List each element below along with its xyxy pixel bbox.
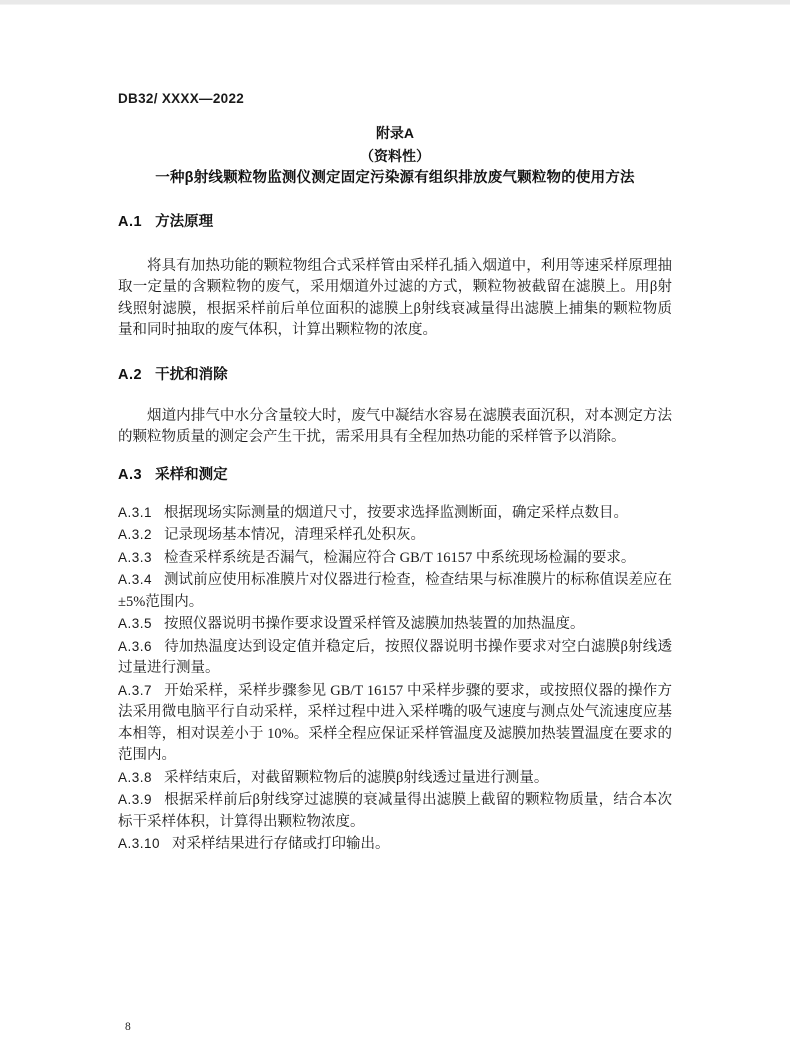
clause-text: 测试前应使用标准膜片对仪器进行检查，检查结果与标准膜片的标称值误差应在±5%范围…	[118, 572, 672, 610]
clause-a3-5: A.3.5按照仪器说明书操作要求设置采样管及滤膜加热装置的加热温度。	[118, 613, 672, 636]
standard-code-header: DB32/ XXXX—2022	[118, 92, 672, 106]
clause-text: 开始采样，采样步骤参见 GB/T 16157 中采样步骤的要求，或按照仪器的操作…	[118, 683, 672, 764]
clause-a3-8: A.3.8采样结束后，对截留颗粒物后的滤膜β射线透过量进行测量。	[118, 767, 672, 790]
section-a2-paragraph: 烟道内排气中水分含量较大时，废气中凝结水容易在滤膜表面沉积，对本测定方法的颗粒物…	[118, 406, 672, 449]
clause-a3-4: A.3.4测试前应使用标准膜片对仪器进行检查，检查结果与标准膜片的标称值误差应在…	[118, 569, 672, 613]
clause-id: A.3.2	[118, 527, 152, 542]
page-number: 8	[125, 1021, 131, 1033]
clause-text: 采样结束后，对截留颗粒物后的滤膜β射线透过量进行测量。	[164, 770, 548, 786]
clause-list: A.3.1根据现场实际测量的烟道尺寸，按要求选择监测断面，确定采样点数目。 A.…	[118, 502, 672, 856]
section-heading-a2: A.2干扰和消除	[118, 366, 672, 384]
clause-a3-2: A.3.2记录现场基本情况，清理采样孔处积灰。	[118, 524, 672, 547]
appendix-title: 一种β射线颗粒物监测仪测定固定污染源有组织排放废气颗粒物的使用方法	[118, 167, 672, 190]
clause-a3-3: A.3.3检查采样系统是否漏气，检漏应符合 GB/T 16157 中系统现场检漏…	[118, 547, 672, 570]
clause-id: A.3.3	[118, 550, 152, 565]
section-id: A.1	[118, 214, 142, 230]
clause-text: 检查采样系统是否漏气，检漏应符合 GB/T 16157 中系统现场检漏的要求。	[164, 550, 635, 566]
clause-a3-10: A.3.10对采样结果进行存储或打印输出。	[118, 833, 672, 856]
section-title: 干扰和消除	[155, 367, 228, 383]
clause-a3-7: A.3.7开始采样，采样步骤参见 GB/T 16157 中采样步骤的要求，或按照…	[118, 680, 672, 767]
appendix-label: 附录A	[118, 122, 672, 145]
clause-id: A.3.1	[118, 505, 152, 520]
appendix-heading-block: 附录A （资料性） 一种β射线颗粒物监测仪测定固定污染源有组织排放废气颗粒物的使…	[118, 122, 672, 190]
clause-id: A.3.5	[118, 616, 152, 631]
clause-id: A.3.9	[118, 792, 152, 807]
section-title: 方法原理	[155, 214, 213, 230]
clause-id: A.3.7	[118, 683, 152, 698]
clause-id: A.3.6	[118, 639, 152, 654]
section-title: 采样和测定	[155, 467, 228, 483]
section-a1-paragraph: 将具有加热功能的颗粒物组合式采样管由采样孔插入烟道中，利用等速采样原理抽取一定量…	[118, 256, 672, 342]
clause-text: 按照仪器说明书操作要求设置采样管及滤膜加热装置的加热温度。	[164, 616, 585, 632]
section-id: A.3	[118, 467, 142, 483]
section-heading-a1: A.1方法原理	[118, 213, 672, 231]
clause-text: 根据现场实际测量的烟道尺寸，按要求选择监测断面，确定采样点数目。	[164, 505, 628, 521]
document-page: DB32/ XXXX—2022 附录A （资料性） 一种β射线颗粒物监测仪测定固…	[0, 0, 790, 856]
clause-text: 根据采样前后β射线穿过滤膜的衰减量得出滤膜上截留的颗粒物质量，结合本次标干采样体…	[118, 792, 672, 830]
clause-id: A.3.8	[118, 770, 152, 785]
clause-id: A.3.10	[118, 836, 160, 851]
page-top-edge	[0, 0, 790, 5]
clause-text: 对采样结果进行存储或打印输出。	[172, 836, 390, 852]
section-heading-a3: A.3采样和测定	[118, 466, 672, 484]
clause-a3-1: A.3.1根据现场实际测量的烟道尺寸，按要求选择监测断面，确定采样点数目。	[118, 502, 672, 525]
clause-id: A.3.4	[118, 572, 152, 587]
section-id: A.2	[118, 367, 142, 383]
clause-a3-6: A.3.6待加热温度达到设定值并稳定后，按照仪器说明书操作要求对空白滤膜β射线透…	[118, 636, 672, 680]
clause-a3-9: A.3.9根据采样前后β射线穿过滤膜的衰减量得出滤膜上截留的颗粒物质量，结合本次…	[118, 789, 672, 833]
clause-text: 待加热温度达到设定值并稳定后，按照仪器说明书操作要求对空白滤膜β射线透过量进行测…	[118, 639, 672, 677]
appendix-informative-note: （资料性）	[118, 145, 672, 168]
clause-text: 记录现场基本情况，清理采样孔处积灰。	[164, 527, 425, 543]
